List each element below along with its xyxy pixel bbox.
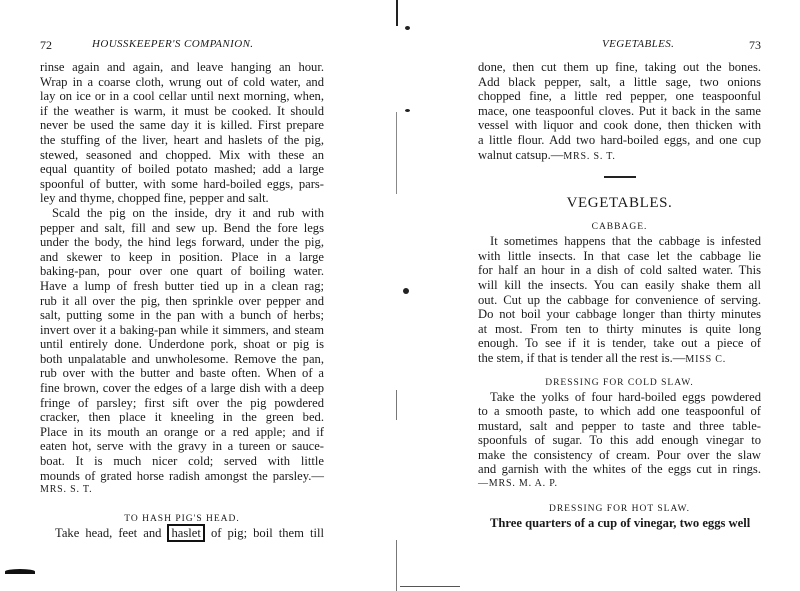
text-line: eaten hot, serve with the gravy in a tur… (40, 439, 324, 454)
running-head-title: HOUSSKEEPER'S COMPANION. (92, 38, 253, 50)
text-line: rub it all over the pig, then sprinkle o… (40, 294, 324, 309)
text-line: both unpalatable and unwholesome. Remove… (40, 352, 324, 367)
text-line: for half an hour in a dish of cold salte… (478, 263, 761, 278)
text-line: walnut catsup.—MRS. S. T. (478, 148, 761, 163)
text-line: spoonful of butter, with some hard-boile… (40, 177, 324, 192)
text-line: and skewer to keep in position. Place in… (40, 250, 324, 265)
attribution: MRS. S. T. (40, 483, 324, 498)
spacer (478, 492, 761, 502)
section-heading: VEGETABLES. (478, 194, 761, 212)
text-line: mace, one teaspoonful cloves. Put it bac… (478, 104, 761, 119)
text-line: equal quantity of boiled potato mashed; … (40, 162, 324, 177)
scan-artifact (405, 26, 410, 30)
gutter-line (396, 540, 397, 591)
text-line: under the body, the hind legs forward, u… (40, 235, 324, 250)
scan-artifact (403, 288, 409, 294)
text-line: mounds of grated horse radish amongst th… (40, 469, 324, 484)
left-page: 72 HOUSSKEEPER'S COMPANION. rinse again … (40, 0, 324, 591)
spacer (40, 498, 324, 512)
text-line: if the weather is warm, it must be cooke… (40, 104, 324, 119)
spacer (478, 212, 761, 220)
text-line: boat. It is much nicer cold; served with… (40, 454, 324, 469)
text-line: stewed, seasoned and chopped. Mix with t… (40, 148, 324, 163)
text-line: fringe of parsley; first sift over the p… (40, 396, 324, 411)
highlighted-word[interactable]: haslet (167, 524, 204, 542)
paragraph: Take the yolks of four hard-boiled eggs … (478, 390, 761, 492)
text-line: make the consistency of cream. Pour over… (478, 448, 761, 463)
text-line: never be used the same day it is killed.… (40, 118, 324, 133)
text-line: out. Cut up the cabbage for convenience … (478, 293, 761, 308)
text-line: Add black pepper, salt, a little sage, t… (478, 75, 761, 90)
scan-artifact (5, 569, 35, 574)
text-line: Three quarters of a cup of vinegar, two … (478, 516, 761, 531)
gutter-line (396, 0, 398, 26)
page-number: 72 (40, 38, 52, 53)
text-line: baking-pan, pour over one quart of boili… (40, 264, 324, 279)
text-line: Do not boil your cabbage longer than thi… (478, 307, 761, 322)
text-line: cracker, then place it kneeling in the g… (40, 410, 324, 425)
paragraph: rinse again and again, and leave hanging… (40, 60, 324, 206)
text-line: at most. From ten to thirty minutes is q… (478, 322, 761, 337)
text-fragment: walnut catsup.— (478, 148, 563, 162)
running-head-title: VEGETABLES. (602, 38, 674, 50)
paragraph: done, then cut them up fine, taking out … (478, 60, 761, 162)
spacer (478, 178, 761, 194)
text-line: the stem, if that is tender all the rest… (478, 351, 761, 366)
text-line: the stuffing of the liver, heart and has… (40, 133, 324, 148)
text-line: Take head, feet and haslet of pig; boil … (40, 526, 324, 541)
text-line: until entirely done. Underdone pork, sho… (40, 337, 324, 352)
recipe-heading: DRESSING FOR HOT SLAW. (478, 502, 761, 516)
spacer (478, 366, 761, 376)
text-line: Have a lump of fresh butter tied up in a… (40, 279, 324, 294)
text-line: ley and thyme, chopped fine, pepper and … (40, 191, 324, 206)
attribution: —MRS. M. A. P. (478, 477, 761, 492)
scan-artifact (405, 109, 410, 112)
left-page-body: rinse again and again, and leave hanging… (40, 60, 324, 540)
text-line: It sometimes happens that the cabbage is… (478, 234, 761, 249)
text-line: salt, putting some in the pan with a bun… (40, 308, 324, 323)
text-line: enough. To see if it is tender, take out… (478, 336, 761, 351)
spacer (478, 162, 761, 176)
attribution: MRS. S. T. (563, 151, 615, 162)
text-line: vessel with liquor and cook done, then t… (478, 118, 761, 133)
text-line: and garnish with the whites of the eggs … (478, 462, 761, 477)
text-line: will kill the insects. You can easily sh… (478, 278, 761, 293)
text-line: to a smooth paste, to which add one teas… (478, 404, 761, 419)
scan-artifact (400, 586, 460, 587)
text-line: rinse again and again, and leave hanging… (40, 60, 324, 75)
recipe-heading: DRESSING FOR COLD SLAW. (478, 376, 761, 390)
attribution: MISS C. (685, 354, 726, 365)
text-line: Take the yolks of four hard-boiled eggs … (478, 390, 761, 405)
text-line: chopped fine, a little red pepper, one t… (478, 89, 761, 104)
page-number: 73 (749, 38, 761, 53)
paragraph: Scald the pig on the inside, dry it and … (40, 206, 324, 498)
text-line: lay on ice or in a cool cellar until nex… (40, 89, 324, 104)
text-line: Place in its mouth an orange or a red ap… (40, 425, 324, 440)
text-line: done, then cut them up fine, taking out … (478, 60, 761, 75)
text-fragment: the stem, if that is tender all the rest… (478, 351, 685, 365)
text-line: invert over it a baking-pan while it sim… (40, 323, 324, 338)
text-line: a little flour. Add two hard-boiled eggs… (478, 133, 761, 148)
text-line: pepper and salt, fill and sew up. Bend t… (40, 221, 324, 236)
text-line: fine brown, cover the edges of a large d… (40, 381, 324, 396)
recipe-heading: CABBAGE. (478, 220, 761, 234)
gutter-line (396, 390, 397, 420)
right-page: VEGETABLES. 73 done, then cut them up fi… (478, 0, 761, 591)
text-fragment: of pig; boil them till (211, 526, 324, 540)
text-line: rub over with the butter and baste often… (40, 366, 324, 381)
right-page-body: done, then cut them up fine, taking out … (478, 60, 761, 530)
text-fragment: Take head, feet and (55, 526, 161, 540)
left-running-head: 72 HOUSSKEEPER'S COMPANION. (40, 38, 324, 52)
text-line: spoonfuls of sugar. To this add enough v… (478, 433, 761, 448)
text-line: mustard, salt and pepper to taste and th… (478, 419, 761, 434)
gutter-line (396, 112, 397, 194)
text-line: with little insects. In that case let th… (478, 249, 761, 264)
text-line: Scald the pig on the inside, dry it and … (40, 206, 324, 221)
text-line: Wrap in a coarse cloth, wrung out of col… (40, 75, 324, 90)
paragraph: It sometimes happens that the cabbage is… (478, 234, 761, 365)
right-running-head: VEGETABLES. 73 (478, 38, 761, 52)
